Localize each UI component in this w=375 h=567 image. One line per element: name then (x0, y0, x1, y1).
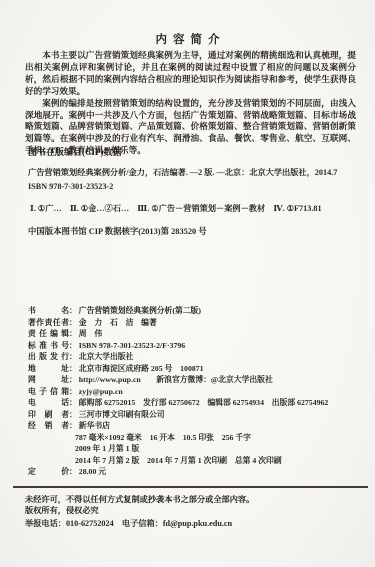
row-value: zyjy@pup.cn (79, 387, 123, 396)
row-separator: ： (69, 306, 77, 315)
row-separator: ： (69, 467, 77, 476)
row-value: ISBN 978-7-301-23523-2/F·3796 (79, 341, 185, 350)
cip-record-number: 中国版本图书馆 CIP 数据核字(2013)第 283520 号 (28, 225, 207, 237)
rights-statement: 版权所有，侵权必究 (25, 505, 363, 516)
colophon-row-title: 书名：广告营销策划经典案例分析(第二版) (28, 305, 369, 317)
row-separator: ： (69, 421, 77, 430)
colophon-row-phone: 电话：邮购部 62752015 发行部 62750672 编辑部 6275493… (28, 397, 369, 409)
row-label: 经销者 (28, 420, 69, 432)
row-label: 书名 (28, 305, 69, 317)
row-separator: ： (69, 318, 77, 327)
colophon-row-publisher: 出版发行：北京大学出版社 (28, 351, 369, 363)
row-label: 电话 (28, 397, 69, 409)
row-separator: ： (69, 398, 77, 407)
colophon-row-authors: 著作责任者：金 力 石 洁 编著 (28, 317, 369, 329)
row-label: 定价 (28, 466, 69, 478)
row-separator: ： (69, 352, 77, 361)
summary-paragraph-1: 本书主要以广告营销策划经典案例为主导，通过对案例的精挑细选和认真梳理，提出相关案… (25, 50, 356, 98)
row-separator: ： (69, 341, 77, 350)
row-label: 网址 (28, 374, 69, 386)
colophon-row-isbn: 标准书号：ISBN 978-7-301-23523-2/F·3796 (28, 340, 369, 352)
row-value: 新华书店 (79, 421, 110, 430)
row-value: 广告营销策划经典案例分析(第二版) (79, 306, 201, 315)
row-label: 标准书号 (28, 340, 69, 352)
row-value: 周 伟 (79, 329, 102, 338)
divider-line (13, 486, 368, 488)
row-value: http://www.pup.cn 新浪官方微博：@北京大学出版社 (79, 375, 273, 384)
colophon-row-address: 地址：北京市海淀区成府路 205 号 100871 (28, 363, 369, 375)
row-label: 责任编辑 (28, 328, 69, 340)
colophon-section: 书名：广告营销策划经典案例分析(第二版) 著作责任者：金 力 石 洁 编著 责任… (28, 305, 369, 478)
row-value: 北京大学出版社 (79, 352, 134, 361)
row-label: 著作责任者 (28, 317, 69, 329)
row-separator: ： (69, 329, 77, 338)
colophon-row-email: 电子信箱：zyjy@pup.cn (28, 386, 369, 398)
print-spec-line-second-edition: 2014 年 7 月第 2 版 2014 年 7 月第 1 次印刷 总第 4 次… (28, 455, 369, 467)
row-label: 印刷者 (28, 409, 69, 421)
row-separator: ： (69, 410, 77, 419)
row-value: 北京市海淀区成府路 205 号 100871 (79, 364, 204, 373)
row-value: 金 力 石 洁 编著 (79, 318, 157, 327)
cip-isbn: ISBN 978-7-301-23523-2 (28, 180, 357, 194)
row-label: 出版发行 (28, 351, 69, 363)
content-summary-title: 内容简介 (0, 31, 375, 47)
cip-heading: 图书在版编目(CIP)数据 (28, 145, 122, 158)
row-label: 地址 (28, 363, 69, 375)
row-separator: ： (69, 387, 77, 396)
cip-classification: Ⅰ. ①广… Ⅱ. ①金…②石… Ⅲ. ①广告－营销策划－案例－教材 Ⅳ. ①F… (30, 203, 361, 214)
colophon-row-price: 定价：28.00 元 (28, 466, 369, 478)
print-spec-line-format: 787 毫米×1092 毫米 16 开本 10.5 印张 256 千字 (28, 432, 369, 444)
colophon-row-printer: 印刷者：三河市博文印刷有限公司 (28, 409, 369, 421)
colophon-row-distributor: 经销者：新华书店 (28, 420, 369, 432)
row-separator: ： (69, 375, 77, 384)
row-value: 邮购部 62752015 发行部 62750672 编辑部 62754934 出… (79, 398, 329, 407)
book-copyright-page: 内容简介 本书主要以广告营销策划经典案例为主导，通过对案例的精挑细选和认真梳理，… (0, 0, 375, 567)
copyright-footer: 未经许可，不得以任何方式复制或抄袭本书之部分或全部内容。 版权所有，侵权必究 举… (25, 494, 363, 529)
row-separator: ： (69, 364, 77, 373)
row-value: 三河市博文印刷有限公司 (79, 410, 165, 419)
row-label: 电子信箱 (28, 386, 69, 398)
cip-description: 广告营销策划经典案例分析/金力，石洁编著. —2 版. —北京：北京大学出版社，… (28, 166, 357, 180)
colophon-row-editor: 责任编辑：周 伟 (28, 328, 369, 340)
print-spec-line-first-edition: 2009 年 1 月第 1 版 (28, 443, 369, 455)
report-contact: 举报电话：010-62752024 电子信箱：fd@pup.pku.edu.cn (25, 518, 363, 529)
colophon-row-website: 网址：http://www.pup.cn 新浪官方微博：@北京大学出版社 (28, 374, 369, 386)
copyright-notice: 未经许可，不得以任何方式复制或抄袭本书之部分或全部内容。 (25, 494, 363, 505)
row-value: 28.00 元 (79, 467, 106, 476)
cip-description-block: 广告营销策划经典案例分析/金力，石洁编著. —2 版. —北京：北京大学出版社，… (28, 166, 357, 193)
content-summary-section: 本书主要以广告营销策划经典案例为主导，通过对案例的精挑细选和认真梳理，提出相关案… (25, 50, 356, 157)
